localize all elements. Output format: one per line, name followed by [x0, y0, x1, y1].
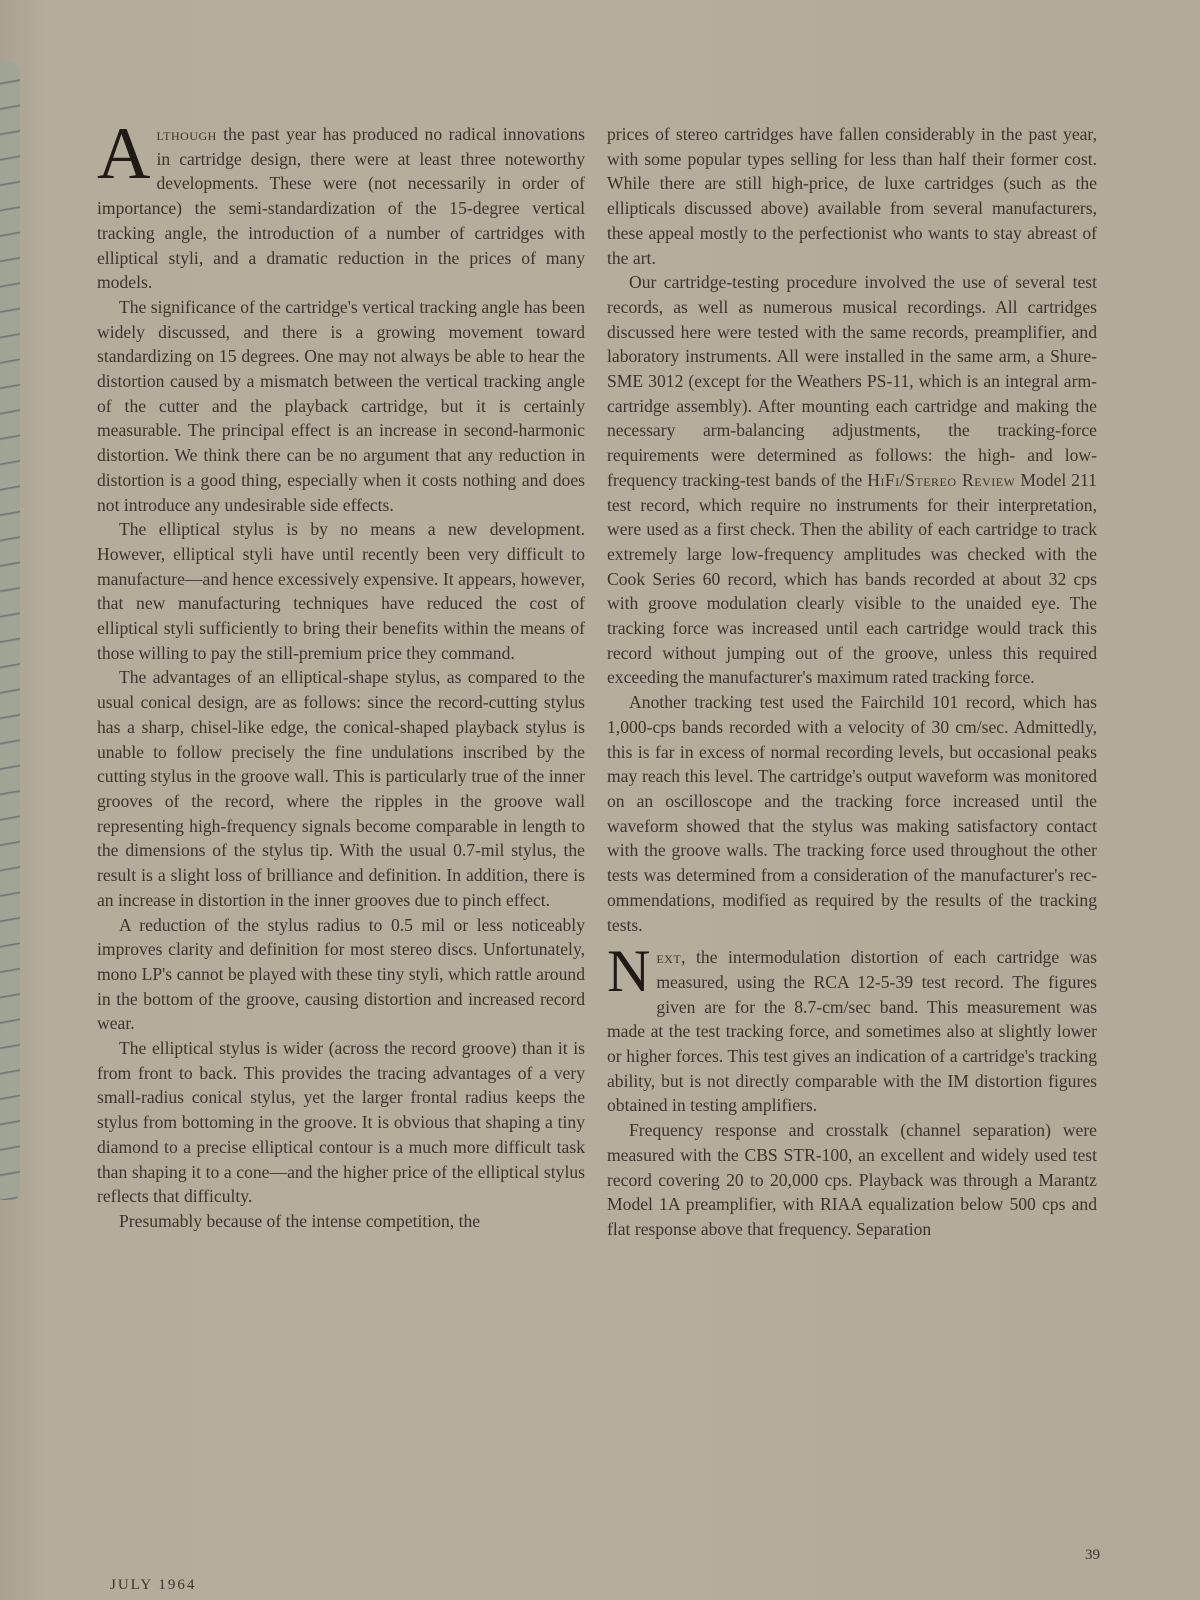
- paragraph-intro: Although the past year has produced no r…: [97, 122, 585, 295]
- paragraph-fairchild-test: Another tracking test used the Fairchild…: [607, 690, 1097, 937]
- paragraph-elliptical-shape: The elliptical stylus is wider (across t…: [97, 1036, 585, 1209]
- paragraph-text: the past year has produced no radical in…: [97, 124, 585, 292]
- paragraph-frequency-response: Frequency response and crosstalk (channe…: [607, 1118, 1097, 1242]
- paragraph-advantages: The advantages of an elliptical-shape st…: [97, 665, 585, 912]
- paragraph-testing-procedure: Our cartridge-testing procedure involved…: [607, 270, 1097, 690]
- magazine-name: HiFi/Stereo Review: [867, 470, 1015, 490]
- paragraph-tracking-angle: The significance of the cartridge's vert…: [97, 295, 585, 517]
- lead-in-smallcaps: ext: [656, 947, 681, 967]
- issue-date: JULY 1964: [110, 1577, 196, 1594]
- drop-cap-a: A: [97, 124, 150, 184]
- paragraph-text: , the intermodulation distortion of each…: [607, 947, 1097, 1115]
- paragraph-stylus-radius: A reduction of the stylus radius to 0.5 …: [97, 913, 585, 1037]
- paragraph-im-distortion: Next, the intermodulation distortion of …: [607, 945, 1097, 1118]
- paragraph-prices: prices of stereo cartridges have fallen …: [607, 122, 1097, 270]
- paragraph-competition: Presumably because of the intense compet…: [97, 1209, 585, 1234]
- lead-in-smallcaps: lthough: [156, 124, 216, 144]
- drop-cap-n: N: [607, 947, 650, 995]
- adjacent-page-edge: [0, 60, 20, 1200]
- magazine-page: Although the past year has produced no r…: [0, 0, 1200, 1600]
- right-column: prices of stereo cartridges have fallen …: [607, 122, 1097, 1242]
- page-number: 39: [1085, 1547, 1100, 1564]
- left-column: Although the past year has produced no r…: [97, 122, 585, 1234]
- paragraph-text: Model 211 test record, which require no …: [607, 470, 1097, 688]
- paragraph-text: Our cartridge-testing procedure involved…: [607, 272, 1097, 490]
- paragraph-elliptical-stylus: The elliptical stylus is by no means a n…: [97, 517, 585, 665]
